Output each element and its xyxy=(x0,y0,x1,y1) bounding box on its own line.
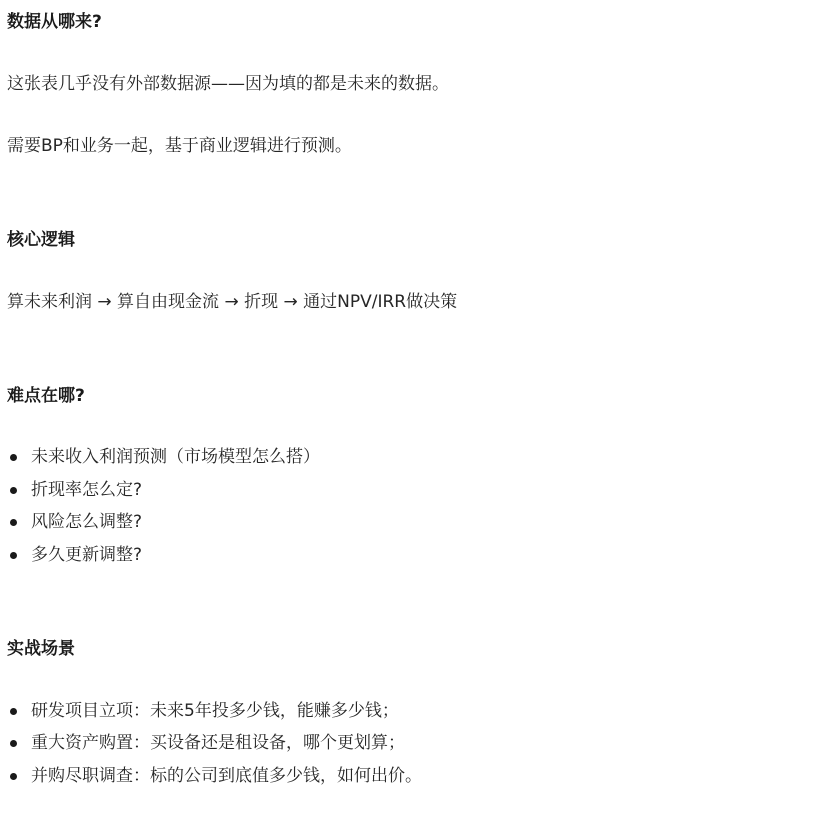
list-item: 未来收入利润预测（市场模型怎么搭） xyxy=(7,445,320,469)
bullet-icon xyxy=(10,740,17,747)
paragraph-bp-forecast: 需要BP和业务一起，基于商业逻辑进行预测。 xyxy=(7,134,352,158)
list-item-text: 多久更新调整? xyxy=(31,543,142,567)
list-item: 研发项目立项：未来5年投多少钱，能赚多少钱； xyxy=(7,699,399,723)
list-item-text: 并购尽职调查：标的公司到底值多少钱，如何出价。 xyxy=(31,764,422,788)
bullet-icon xyxy=(10,708,17,715)
list-item: 多久更新调整? xyxy=(7,543,142,567)
bullet-icon xyxy=(10,519,17,526)
list-item: 折现率怎么定? xyxy=(7,478,142,502)
section-heading-difficulties: 难点在哪? xyxy=(7,384,85,408)
section-heading-core-logic: 核心逻辑 xyxy=(7,228,75,252)
list-item: 重大资产购置：买设备还是租设备，哪个更划算； xyxy=(7,731,405,755)
list-item-text: 研发项目立项：未来5年投多少钱，能赚多少钱； xyxy=(31,699,399,723)
list-item-text: 风险怎么调整? xyxy=(31,510,142,534)
list-item: 并购尽职调查：标的公司到底值多少钱，如何出价。 xyxy=(7,764,422,788)
paragraph-no-external-source: 这张表几乎没有外部数据源——因为填的都是未来的数据。 xyxy=(7,72,449,96)
bullet-icon xyxy=(10,487,17,494)
core-logic-flow: 算未来利润 → 算自由现金流 → 折现 → 通过NPV/IRR做决策 xyxy=(7,290,457,314)
list-item-text: 重大资产购置：买设备还是租设备，哪个更划算； xyxy=(31,731,405,755)
section-heading-data-source: 数据从哪来? xyxy=(7,10,102,34)
list-item-text: 折现率怎么定? xyxy=(31,478,142,502)
section-heading-scenarios: 实战场景 xyxy=(7,637,75,661)
list-item: 风险怎么调整? xyxy=(7,510,142,534)
bullet-icon xyxy=(10,552,17,559)
list-item-text: 未来收入利润预测（市场模型怎么搭） xyxy=(31,445,320,469)
bullet-icon xyxy=(10,773,17,780)
bullet-icon xyxy=(10,454,17,461)
